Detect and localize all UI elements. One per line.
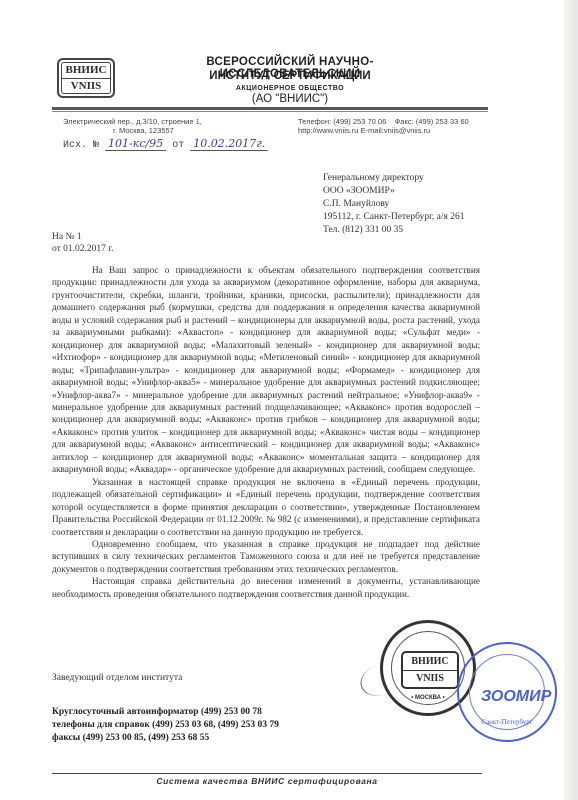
recipient-company: ООО «ЗООМИР» (323, 185, 465, 198)
outgoing-reference: Исх. № 101-кс/95 от 10.02.2017г. (63, 137, 268, 151)
ref-prefix: Исх. № (63, 140, 99, 151)
header-divider (52, 107, 488, 110)
paragraph-3: Одновременно сообщаем, что указанная в с… (52, 538, 480, 575)
logo-text-ru: ВНИИС (62, 63, 110, 79)
address-block: Электрический пер., д.3/10, строение 1, … (63, 117, 202, 135)
contact-block: Телефон: (499) 253 70 06 Факс: (499) 253… (298, 117, 469, 135)
in-reply-number: На № 1 (52, 231, 113, 243)
ref-date: 10.02.2017г. (190, 137, 268, 151)
paragraph-1: На Ваш запрос о принадлежности к объекта… (52, 264, 480, 476)
zoomir-brand: ЗООМИР (481, 688, 551, 706)
contacts-block: Круглосуточный автоинформатор (499) 253 … (52, 706, 279, 745)
recipient-block: Генеральному директору ООО «ЗООМИР» С.П.… (323, 172, 465, 237)
web-email-text: http://www.vniis.ru E-mail:vniis@vniis.r… (298, 126, 469, 135)
recipient-phone: Тел. (812) 331 00 35 (323, 224, 465, 237)
recipient-position: Генеральному директору (323, 172, 465, 185)
stamp-text-ru: ВНИИС (403, 653, 457, 671)
signatory-title: Заведующий отделом института (52, 673, 182, 683)
paragraph-2: Указанная в настоящей справке продукция … (52, 476, 480, 538)
page-edge-shadow (564, 0, 578, 800)
header-divider-thin (52, 111, 488, 112)
phone-text: Телефон: (499) 253 70 06 (298, 117, 386, 126)
zoomir-stamp-city: Санкт-Петербург (459, 718, 555, 726)
reference-phones-line: телефоны для справок (499) 253 03 68, (4… (52, 719, 279, 732)
company-type: АКЦИОНЕРНОЕ ОБЩЕСТВО (140, 85, 440, 92)
logo-text-en: VNIIS (62, 79, 110, 94)
ref-number: 101-кс/95 (105, 137, 166, 151)
vniis-logo: ВНИИС VNIIS (57, 58, 115, 98)
recipient-address: 195112, г. Санкт-Петербург, а/я 261 (323, 211, 465, 224)
zoomir-stamp: ЗООМИР Санкт-Петербург (457, 642, 557, 742)
institute-name-line2: ИНСТИТУТ СЕРТИФИКАЦИИ (140, 70, 440, 82)
in-reply-to: На № 1 от 01.02.2017 г. (52, 231, 113, 255)
recipient-name: С.П. Мануйлову (323, 198, 465, 211)
company-short-name: (АО "ВНИИС") (140, 93, 440, 105)
autoinformer-line: Круглосуточный автоинформатор (499) 253 … (52, 706, 279, 719)
in-reply-date: от 01.02.2017 г. (52, 243, 113, 255)
footer-divider (52, 773, 482, 774)
footer-quality-note: Система качества ВНИИС сертифицирована (52, 776, 482, 786)
paragraph-4: Настоящая справка действительна до внесе… (52, 575, 480, 600)
address-line2: г. Москва, 123557 (63, 126, 202, 135)
fax-line: факсы (499) 253 00 85, (499) 253 68 55 (52, 732, 279, 745)
address-line1: Электрический пер., д.3/10, строение 1, (63, 117, 202, 126)
letter-body: На Ваш запрос о принадлежности к объекта… (52, 264, 480, 600)
stamp-text-en: VNIIS (403, 671, 457, 688)
ref-date-prefix: от (172, 140, 184, 151)
fax-text: Факс: (499) 253 33 60 (395, 117, 469, 126)
